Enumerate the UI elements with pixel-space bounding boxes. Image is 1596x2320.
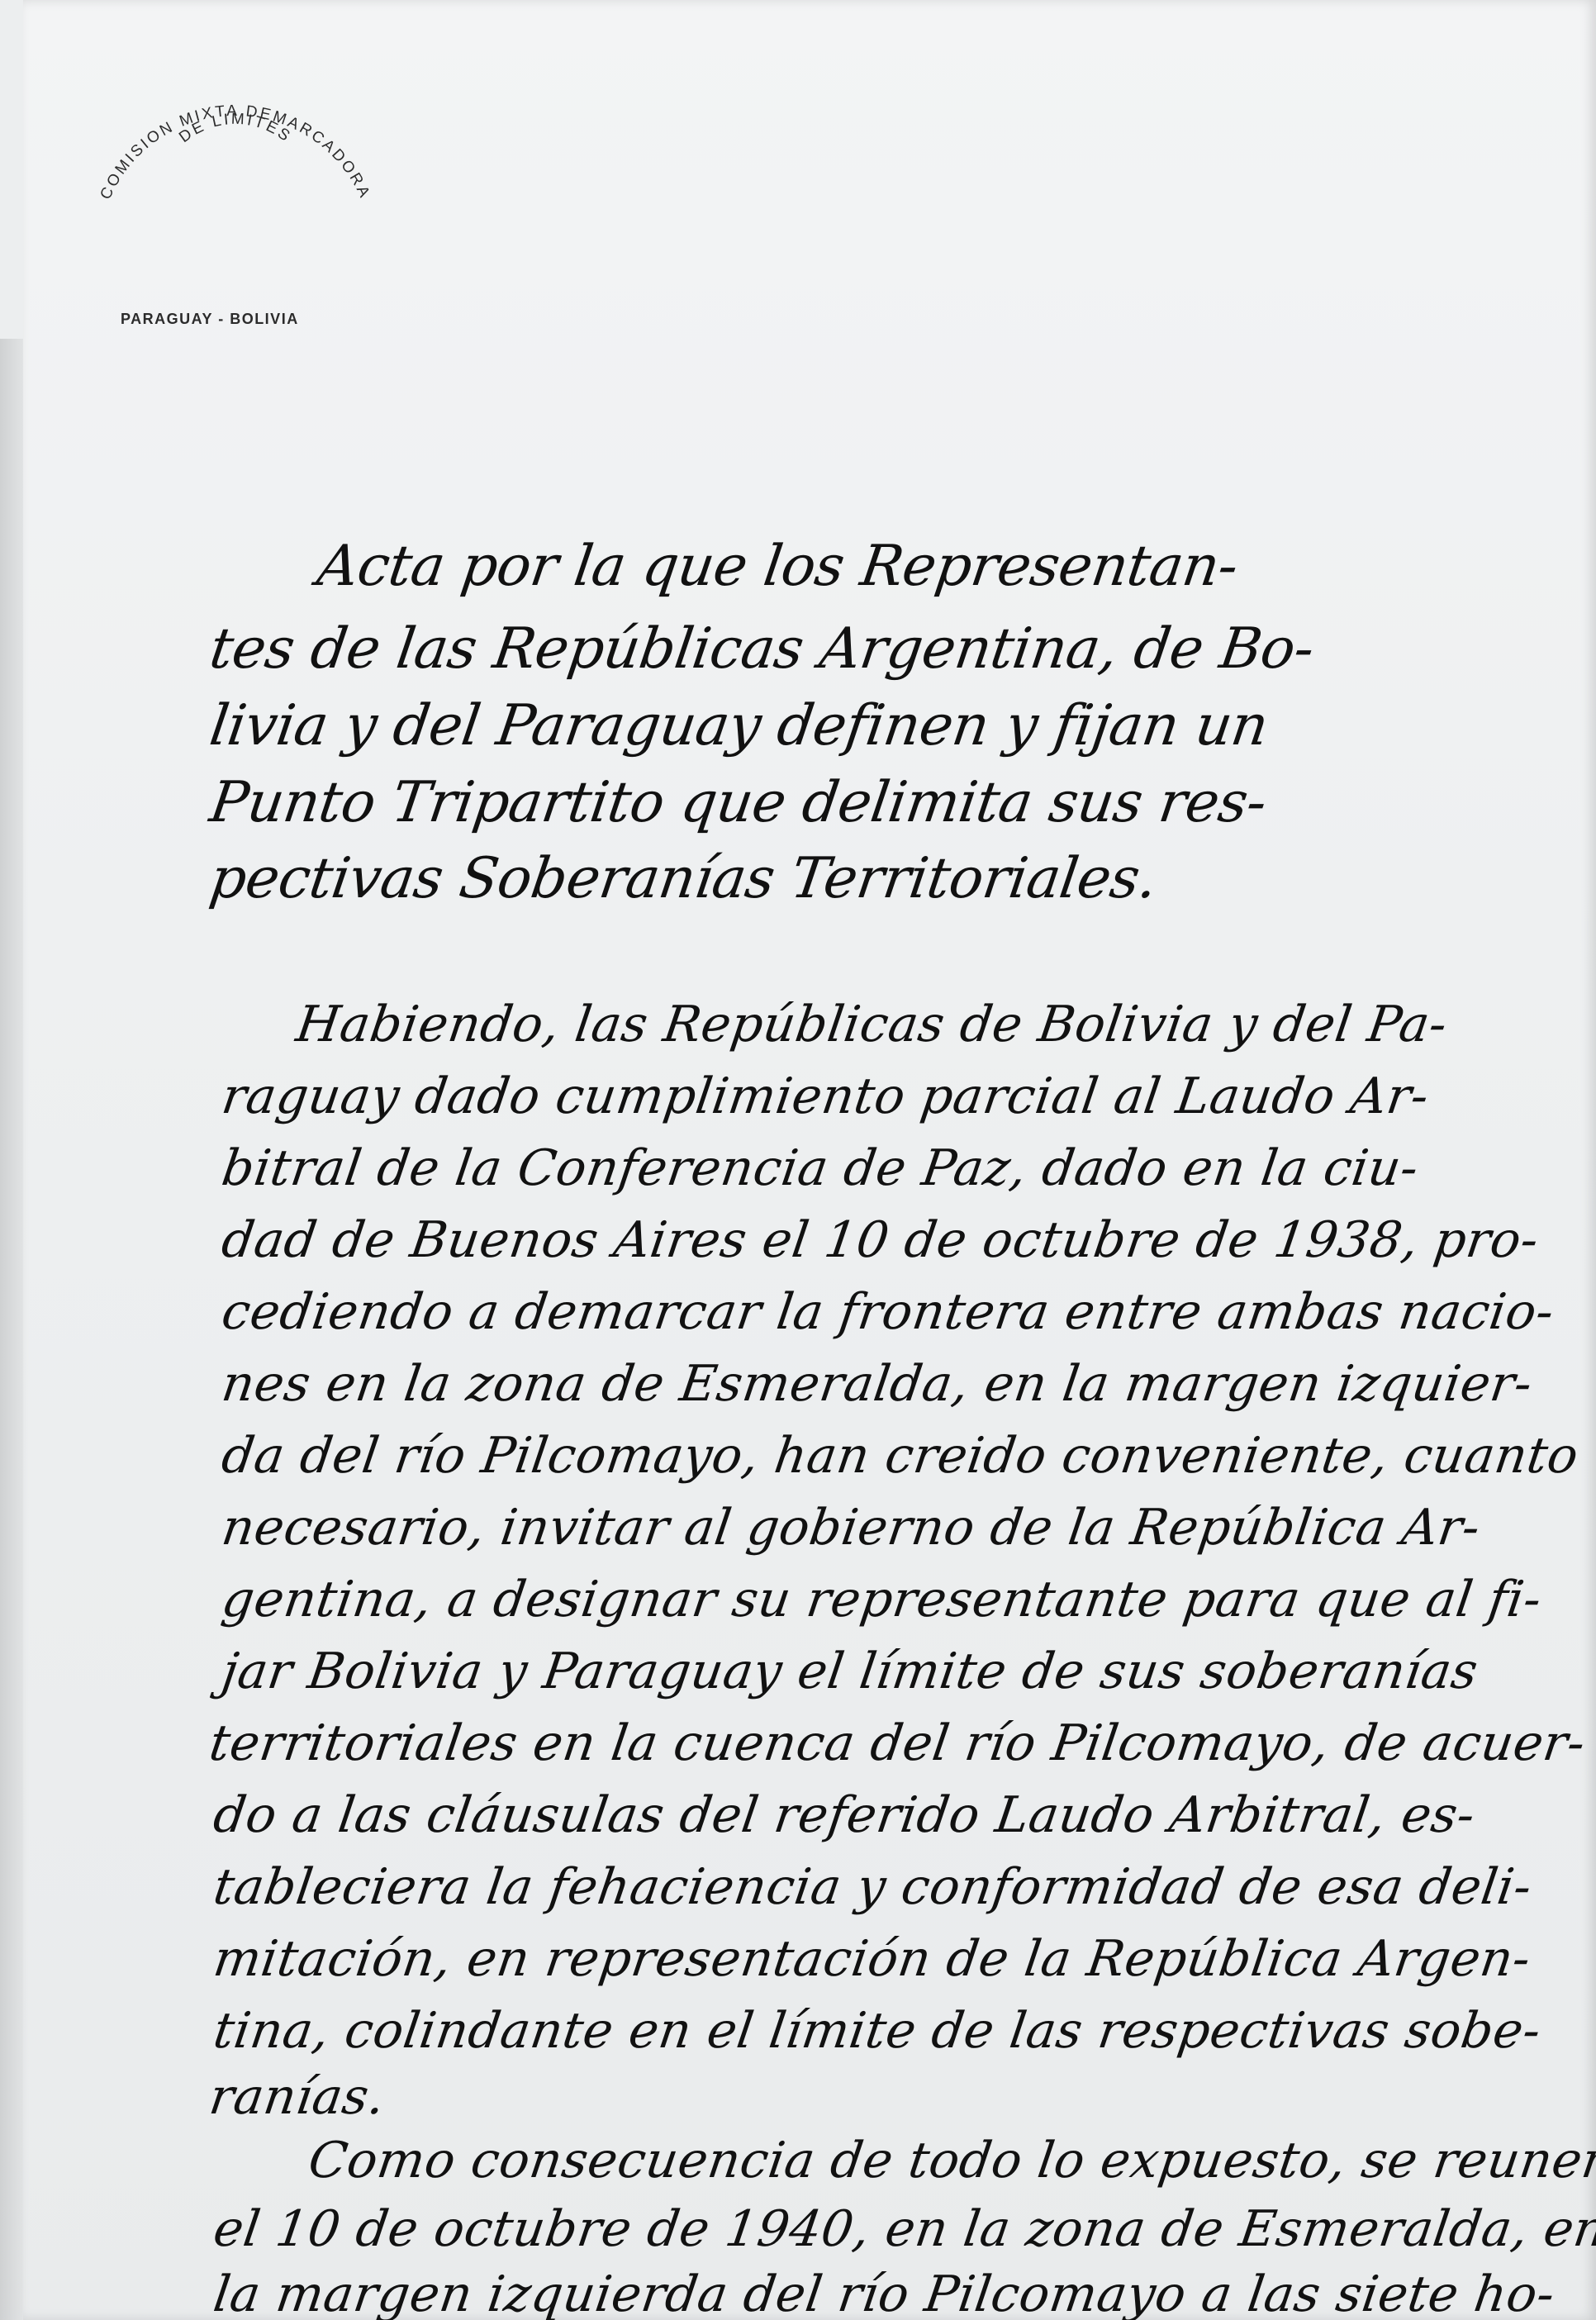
- body-line: da del río Pilcomayo, han creido conveni…: [219, 1431, 1581, 1481]
- page-edge-shadow: [0, 339, 23, 2320]
- title-line: tes de las Repúblicas Argentina, de Bo-: [207, 621, 1317, 677]
- body-line: territoriales en la cuenca del río Pilco…: [207, 1719, 1589, 1768]
- title-line: Punto Tripartito que delimita sus res-: [207, 775, 1270, 831]
- title-line: livia y del Paraguay definen y fijan un: [207, 698, 1271, 754]
- body-line: ranías.: [207, 2072, 388, 2122]
- body-line: la margen izquierda del río Pilcomayo a …: [211, 2270, 1558, 2319]
- title-line: pectivas Soberanías Territoriales.: [207, 851, 1161, 907]
- body-line: do a las cláusulas del referido Laudo Ar…: [211, 1790, 1478, 1840]
- letterhead-subtitle: PARAGUAY - BOLIVIA: [121, 311, 299, 328]
- title-line: Acta por la que los Representan-: [314, 539, 1241, 595]
- body-line: dad de Buenos Aires el 10 de octubre de …: [219, 1215, 1541, 1265]
- body-line: Habiendo, las Repúblicas de Bolivia y de…: [293, 1000, 1450, 1049]
- body-line: nes en la zona de Esmeralda, en la marge…: [219, 1359, 1536, 1409]
- body-line: el 10 de octubre de 1940, en la zona de …: [211, 2204, 1596, 2254]
- body-line: tableciera la fehaciencia y conformidad …: [211, 1862, 1535, 1912]
- page-edge: [0, 0, 23, 339]
- letterhead: COMISION MIXTA DEMARCADORA DE LIMITES PA…: [66, 74, 397, 347]
- body-line: mitación, en representación de la Repúbl…: [211, 1934, 1533, 1984]
- body-line: tina, colindante en el límite de las res…: [211, 2006, 1544, 2056]
- body-line: jar Bolivia y Paraguay el límite de sus …: [219, 1647, 1481, 1696]
- body-line: raguay dado cumplimiento parcial al Laud…: [219, 1072, 1432, 1121]
- letterhead-arc-emblem: COMISION MIXTA DEMARCADORA DE LIMITES: [66, 74, 397, 289]
- body-line: Como consecuencia de todo lo expuesto, s…: [306, 2136, 1596, 2185]
- body-line: gentina, a designar su representante par…: [219, 1575, 1545, 1624]
- body-line: cediendo a demarcar la frontera entre am…: [219, 1287, 1557, 1337]
- body-line: bitral de la Conferencia de Paz, dado en…: [219, 1143, 1422, 1193]
- body-line: necesario, invitar al gobierno de la Rep…: [219, 1503, 1483, 1552]
